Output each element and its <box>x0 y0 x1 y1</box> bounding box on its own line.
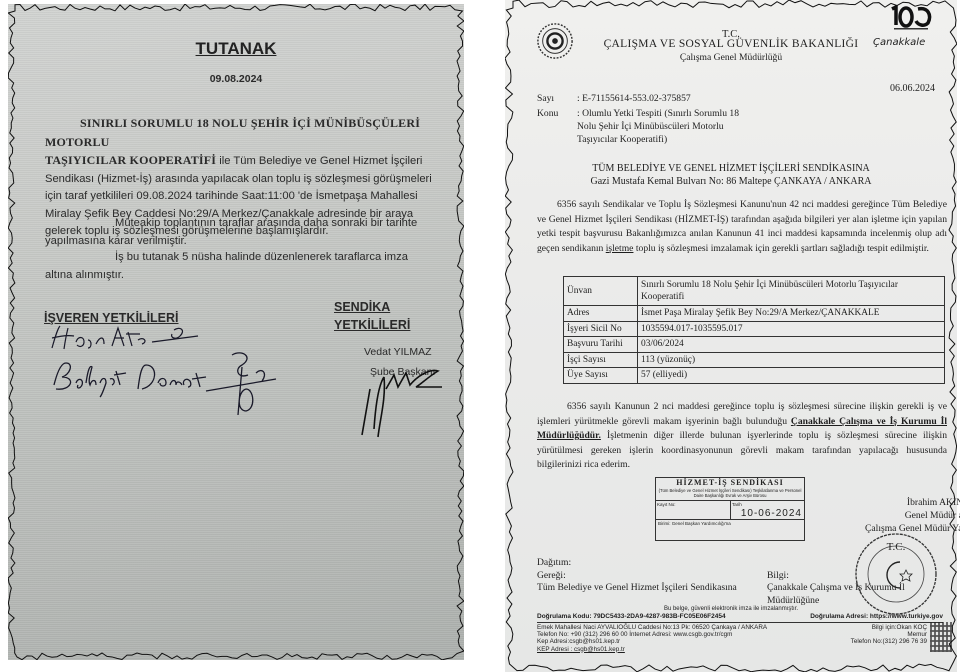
qr-code-icon <box>930 622 952 652</box>
document-date: 09.08.2024 <box>8 71 464 89</box>
stamp-date-cell: Tarih10-06-2024 <box>731 501 804 519</box>
union-heading: SENDİKA YETKİLİLERİ <box>334 299 464 334</box>
stamp-unit: Birimi: Genel Başkan Yardımcılığı'na <box>656 520 804 527</box>
paragraph-1: 6356 sayılı Sendikalar ve Toplu İş Sözle… <box>537 198 947 256</box>
union-signatory-name: Vedat YILMAZ <box>364 344 432 362</box>
table-row: Adresİsmet Paşa Miralay Şefik Bey No:29/… <box>564 306 945 322</box>
letter-meta: Sayı: E-71155614-553.02-375857 Konu: Olu… <box>537 92 747 146</box>
handwritten-note: Çanakkale <box>873 37 925 48</box>
distribution-label: Dağıtım: <box>537 556 571 569</box>
seal-tc-text: T.C. <box>887 541 906 553</box>
paragraph-3: İş bu tutanak 5 nüsha halinde düzenlener… <box>45 249 437 284</box>
table-row: İşçi Sayısı113 (yüzonüç) <box>564 352 945 368</box>
stamp-date-value: 10-06-2024 <box>741 508 802 519</box>
official-round-seal-icon: T.C. <box>852 530 940 618</box>
paragraph-2: 6356 sayılı Kanunun 2 nci maddesi gereği… <box>537 400 947 473</box>
letter-date: 06.06.2024 <box>890 82 935 95</box>
table-row: İşyeri Sicil No1035594.017-1035595.017 <box>564 321 945 337</box>
verification-code: Doğrulama Kodu: 79DC5433-2DA9-4287-983B-… <box>537 613 726 621</box>
table-row: ÜnvanSınırlı Sorumlu 18 Nolu Şehir İçi M… <box>564 277 945 306</box>
stamp-subtitle: (Tüm Belediye ve Genel Hizmet İşçileri S… <box>656 488 804 498</box>
signatory-title1: Genel Müdür a. <box>885 509 960 522</box>
cooperative-name-line2: TAŞIYICILAR KOOPERATİFİ <box>45 153 216 167</box>
ministry-seal-icon <box>536 22 574 60</box>
footer-contact: Emek Mahallesi Naci AYVALIOĞLU Caddesi N… <box>537 624 767 653</box>
meta-sayi: Sayı: E-71155614-553.02-375857 <box>537 92 747 105</box>
recipient-address: Gazi Mustafa Kemal Bulvarı No: 86 Maltep… <box>505 175 957 188</box>
stamp-title: HİZMET-İŞ SENDİKASI <box>656 478 804 488</box>
recipient: TÜM BELEDİYE VE GENEL HİZMET İŞÇİLERİ SE… <box>505 162 957 175</box>
cooperative-name-line1: SINIRLI SORUMLU 18 NOLU ŞEHİR İÇİ MÜNİBÜ… <box>45 116 420 149</box>
tutanak-document: TUTANAK 09.08.2024 SINIRLI SORUMLU 18 NO… <box>8 4 464 660</box>
receipt-stamp: HİZMET-İŞ SENDİKASI (Tüm Belediye ve Gen… <box>655 477 805 541</box>
footer-info-contact: Bilgi için:Okan KOÇ Memur Telefon No:(31… <box>851 624 927 646</box>
employer-heading: İŞVEREN YETKİLİLERİ <box>44 310 179 328</box>
signatory-name: İbrahim AKIN <box>885 496 960 509</box>
gereği-value: Tüm Belediye ve Genel Hizmet İşçileri Se… <box>537 581 737 594</box>
footer-divider <box>537 622 943 623</box>
table-row: Başvuru Tarihi03/06/2024 <box>564 337 945 353</box>
table-row: Üye Sayısı57 (elliyedi) <box>564 368 945 384</box>
paragraph-2: Müteakip toplantının taraflar arasında d… <box>45 215 437 250</box>
stamp-number-label: Kayıt No: <box>656 501 731 519</box>
meta-konu: Konu: Olumlu Yetki Tespiti (Sınırlı Soru… <box>537 107 747 146</box>
business-info-table: ÜnvanSınırlı Sorumlu 18 Nolu Şehir İçi M… <box>563 276 945 384</box>
centenary-100-logo-icon <box>888 5 934 33</box>
union-signatory-title: Şube Başkanı <box>370 364 435 382</box>
document-title: TUTANAK <box>8 40 464 58</box>
